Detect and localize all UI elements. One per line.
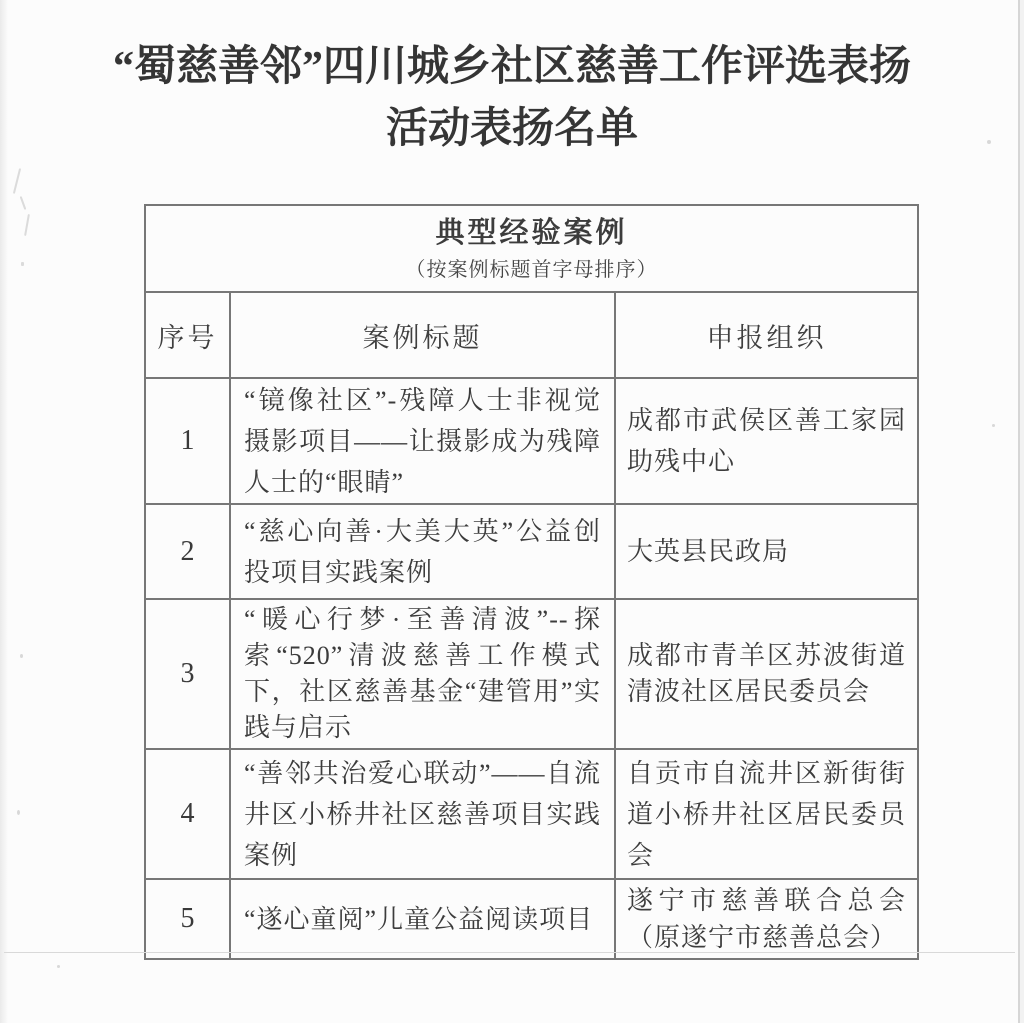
case-number-cell: 2 xyxy=(145,504,230,599)
table-section-title: 典型经验案例 xyxy=(147,216,916,250)
table-section-header-cell: 典型经验案例 （按案例标题首字母排序） xyxy=(145,205,918,292)
pencil-mark-artifact xyxy=(20,196,27,210)
scan-speck-artifact xyxy=(17,810,20,815)
table-row: 2 “慈心向善·大美大英”公益创投项目实践案例 大英县民政局 xyxy=(145,504,918,599)
table-row: 1 “镜像社区”-残障人士非视觉摄影项目——让摄影成为残障人士的“眼睛” 成都市… xyxy=(145,378,918,504)
organization-cell: 成都市武侯区善工家园助残中心 xyxy=(615,378,918,504)
table-row: 4 “善邻共治爱心联动”——自流井区小桥井社区慈善项目实践案例 自贡市自流井区新… xyxy=(145,749,918,879)
case-title-cell: “暖心行梦·至善清波”--探索“520”清波慈善工作模式下，社区慈善基金“建管用… xyxy=(230,599,615,749)
table-column-header-row: 序号 案例标题 申报组织 xyxy=(145,292,918,378)
table-section-header-row: 典型经验案例 （按案例标题首字母排序） xyxy=(145,205,918,292)
case-title-cell: “遂心童阅”儿童公益阅读项目 xyxy=(230,879,615,959)
case-number-cell: 5 xyxy=(145,879,230,959)
case-number-cell: 3 xyxy=(145,599,230,749)
scan-speck-artifact xyxy=(20,654,23,658)
table-row: 3 “暖心行梦·至善清波”--探索“520”清波慈善工作模式下，社区慈善基金“建… xyxy=(145,599,918,749)
organization-cell: 自贡市自流井区新街街道小桥井社区居民委员会 xyxy=(615,749,918,879)
organization-cell: 成都市青羊区苏波街道清波社区居民委员会 xyxy=(615,599,918,749)
document-title-line1: “蜀慈善邻”四川城乡社区慈善工作评选表扬 xyxy=(0,36,1024,98)
column-header-no: 序号 xyxy=(145,292,230,378)
table-section-subtitle: （按案例标题首字母排序） xyxy=(147,256,916,284)
table-row: 5 “遂心童阅”儿童公益阅读项目 遂宁市慈善联合总会（原遂宁市慈善总会） xyxy=(145,879,918,959)
pencil-mark-artifact xyxy=(21,262,24,266)
case-title-cell: “慈心向善·大美大英”公益创投项目实践案例 xyxy=(230,504,615,599)
scan-speck-artifact xyxy=(992,424,995,427)
organization-cell: 大英县民政局 xyxy=(615,504,918,599)
column-header-case-title: 案例标题 xyxy=(230,292,615,378)
case-number-cell: 1 xyxy=(145,378,230,504)
scan-faint-line-artifact xyxy=(4,952,1015,953)
pencil-mark-artifact xyxy=(24,214,30,236)
document-title: “蜀慈善邻”四川城乡社区慈善工作评选表扬 活动表扬名单 xyxy=(0,36,1024,160)
case-title-cell: “镜像社区”-残障人士非视觉摄影项目——让摄影成为残障人士的“眼睛” xyxy=(230,378,615,504)
case-title-cell: “善邻共治爱心联动”——自流井区小桥井社区慈善项目实践案例 xyxy=(230,749,615,879)
organization-cell: 遂宁市慈善联合总会（原遂宁市慈善总会） xyxy=(615,879,918,959)
scan-speck-artifact xyxy=(57,965,60,968)
document-title-line2: 活动表扬名单 xyxy=(0,98,1024,160)
pencil-mark-artifact xyxy=(13,168,21,194)
case-number-cell: 4 xyxy=(145,749,230,879)
column-header-organization: 申报组织 xyxy=(615,292,918,378)
awards-table: 典型经验案例 （按案例标题首字母排序） 序号 案例标题 申报组织 1 “镜像社区… xyxy=(144,204,919,960)
